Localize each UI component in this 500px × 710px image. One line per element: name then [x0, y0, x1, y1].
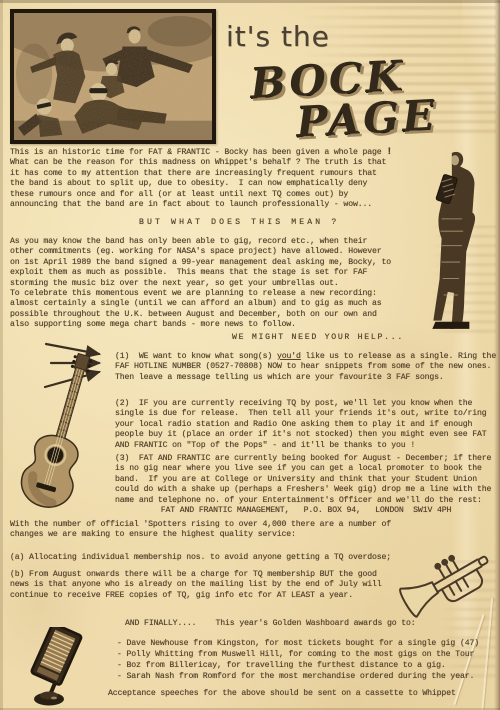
spotters-point-a: (a) Allocating individual membership nos…: [10, 553, 391, 563]
masthead-title-word2: PAGE: [295, 90, 438, 146]
masthead-pre-title: it's the: [226, 20, 330, 53]
spotters-point-b: (b) From August onwards there will be a …: [10, 570, 382, 601]
bock-page-scan: it's the BOCK PAGE This is an historic t…: [0, 0, 500, 710]
page-edge: [0, 0, 500, 3]
mean-paragraph: As you may know the band has only been a…: [10, 237, 391, 331]
standing-musician-photo: [421, 146, 493, 338]
washboard-icon: [8, 627, 98, 709]
trumpet-icon: [398, 538, 498, 623]
section-heading-what-does-this-mean: BUT WHAT DOES THIS MEAN ?: [139, 218, 339, 228]
standing-musician-image: [421, 146, 493, 338]
washboard-image: [8, 627, 98, 709]
band-photo-image: [14, 13, 212, 140]
award-item: - Polly Whitting from Muswell Hill, for …: [117, 650, 474, 660]
guitar-image: [12, 352, 112, 517]
intro-text-rest: What can be the reason for this madness …: [10, 158, 386, 209]
acoustic-guitar-icon: [12, 352, 112, 517]
page-edge: [0, 0, 3, 710]
help-item-1-pre: (1) WE want to know what song(s): [115, 352, 277, 361]
intro-text: This is an historic time for FAT & FRANT…: [10, 148, 386, 157]
finale-closing: Acceptance speeches for the above should…: [108, 689, 456, 699]
management-address: FAT AND FRANTIC MANAGEMENT, P.O. BOX 94,…: [115, 506, 497, 516]
section-heading-we-might-need-your-help: WE MIGHT NEED YOUR HELP...: [232, 333, 404, 343]
spotters-intro: With the number of official 'Spotters ri…: [10, 520, 391, 541]
intro-paragraph: This is an historic time for FAT & FRANT…: [10, 148, 392, 210]
help-item-1: (1) WE want to know what song(s) you'd l…: [115, 352, 496, 383]
trumpet-image: [398, 538, 498, 623]
help-item-3: (3) FAT AND FRANTIC are currently being …: [115, 454, 491, 506]
finale-heading: AND FINALLY.... This year's Golden Washb…: [125, 619, 416, 629]
help-item-2: (2) IF you are currently receiving TQ by…: [115, 399, 487, 451]
intro-exclamation: !: [386, 147, 392, 158]
band-photo: [10, 9, 216, 144]
award-item: - Boz from Billericay, for travelling th…: [117, 661, 446, 671]
award-item: - Dave Newhouse from Kingston, for most …: [117, 639, 479, 649]
award-item: - Sarah Nash from Romford for the most m…: [117, 672, 474, 682]
help-item-1-underlined: you'd: [277, 352, 301, 361]
